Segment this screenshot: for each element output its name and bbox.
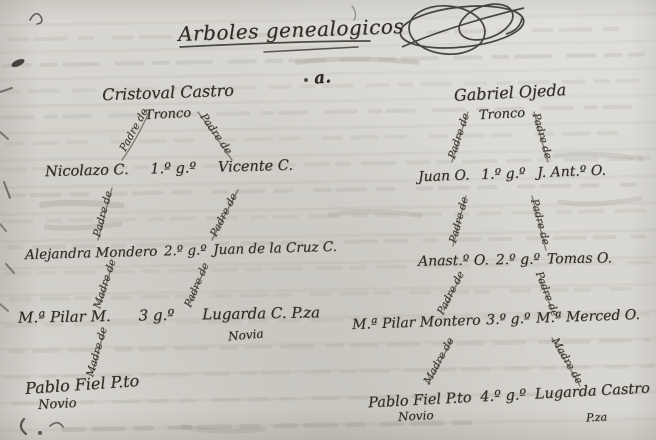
rubric-flourish (398, 0, 526, 57)
person-name: Anast.º O. (418, 252, 489, 269)
person-name: Nicolazo C. (45, 162, 129, 180)
corner-letter-a: a. (313, 67, 332, 88)
grade-label: 4.º g.º (480, 387, 527, 405)
grade-label: 1.º g.º (150, 160, 196, 177)
surname-abbrev-label: P.za (586, 410, 608, 424)
trunk-label: Tronco (472, 105, 533, 123)
grade-label: 2.º g.º (496, 252, 541, 269)
novio-label: Novio (398, 408, 434, 424)
grade-label: 2.º g.º (164, 242, 207, 259)
generation-row-2: Anast.º O. 2.º g.º Tomas O. (418, 250, 612, 269)
grade-label: 3.º g.º (486, 311, 531, 329)
person-name: Lugarda C. P.za (202, 303, 320, 323)
manuscript-page: Arboles genealogicos a. Cristoval Castro… (0, 0, 656, 440)
person-name: J. Ant.º O. (537, 163, 606, 181)
grade-label: 3 g.º (138, 306, 174, 325)
novio-label: Novio (38, 396, 77, 413)
person-name: Juan de la Cruz C. (213, 239, 337, 258)
person-name: M.ª Pilar M. (18, 307, 111, 327)
grade-label: 1.º g.º (481, 166, 526, 184)
person-name: Tomas O. (547, 250, 612, 267)
person-name: Vicente C. (218, 158, 294, 176)
person-name: Juan O. (418, 167, 470, 185)
